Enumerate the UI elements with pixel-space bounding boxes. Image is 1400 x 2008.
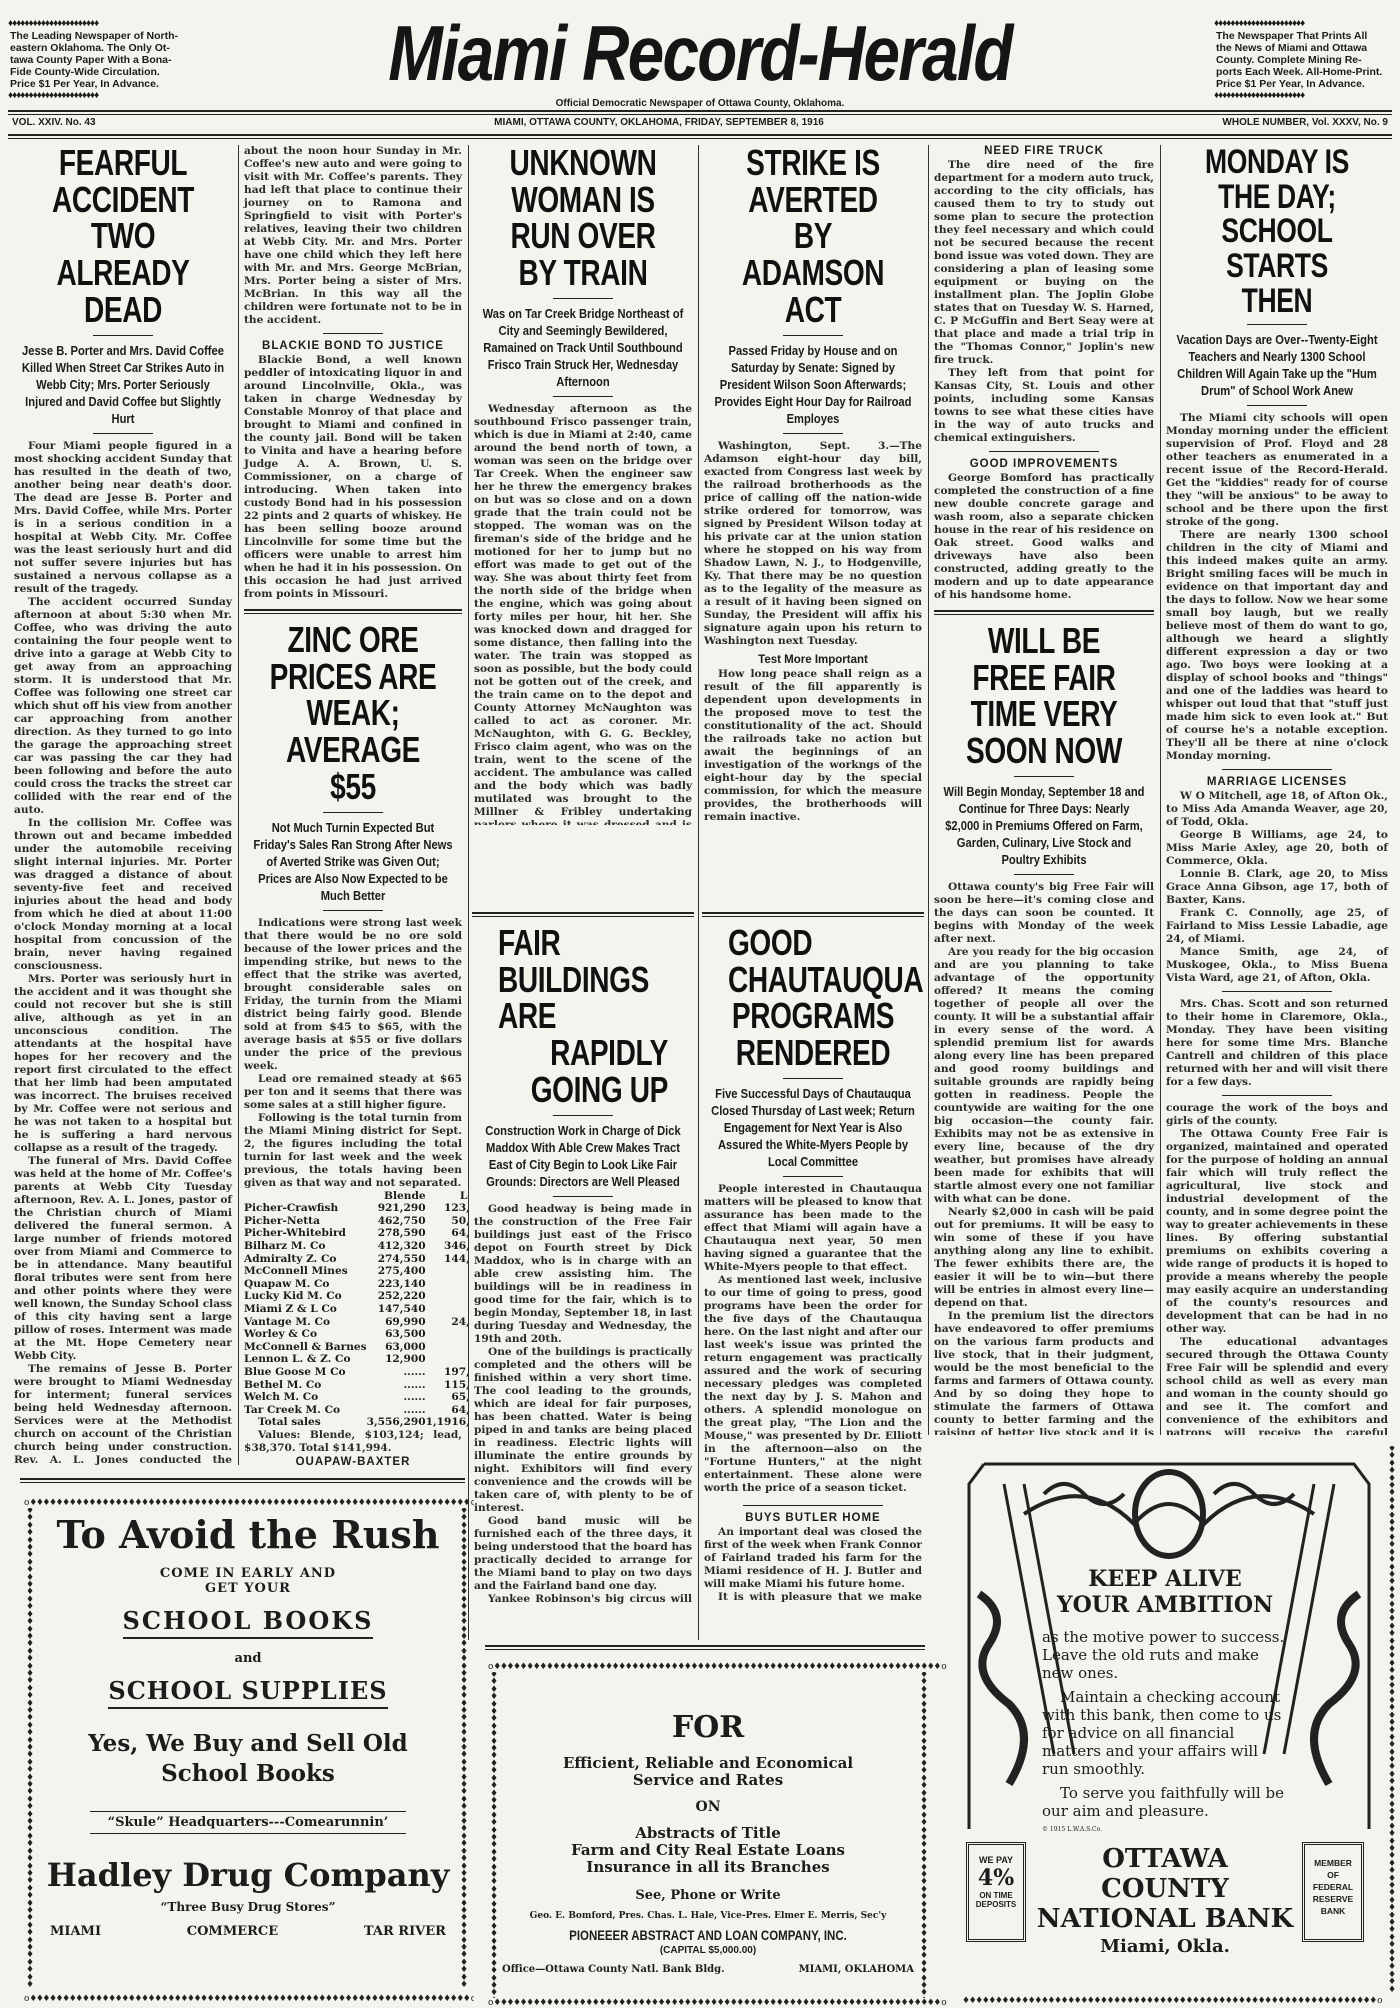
divider [743, 1505, 883, 1506]
quapaw-subhead: QUAPAW-BAXTER [244, 1456, 462, 1465]
divider [1222, 1095, 1332, 1096]
paragraph: The Ottawa County Free Fair is organized… [1166, 1128, 1388, 1336]
headline-line: PROGRAMS RENDERED [728, 998, 898, 1071]
table-row: Worley & Co63,500...... [244, 1328, 468, 1341]
divider [783, 1078, 843, 1079]
table-row: Picher-Crawfish921,290123,760 [244, 1202, 468, 1215]
blende-value: 223,140 [367, 1278, 426, 1291]
mine-name: McConnell & Barnes [244, 1341, 367, 1354]
divider [783, 1176, 843, 1177]
divider [1014, 874, 1074, 875]
mine-name: Blue Goose M Co [244, 1366, 367, 1379]
column-2: about the noon hour Sunday in Mr. Coffee… [238, 145, 468, 1465]
table-row: Picher-Whitebird278,59064,700 [244, 1227, 468, 1240]
bank-copyright: © 1915 L.W.A.S.Co. [1042, 1826, 1288, 1833]
school-body: The Miami city schools will open Monday … [1166, 412, 1388, 763]
divider [93, 433, 153, 434]
left-ear-line: eastern Oklahoma. The Only Ot- [8, 42, 188, 54]
mine-name: Quapaw M. Co [244, 1278, 367, 1291]
fire-truck-body: The dire need of the fire department for… [934, 159, 1154, 445]
hadley-content: To Avoid the Rush COME IN EARLY AND GET … [40, 1512, 456, 1939]
paragraph: courage the work of the boys and girls o… [1166, 1102, 1388, 1128]
paragraph: The educational advantages secured throu… [1166, 1336, 1388, 1435]
table-row: Lennon L. & Z. Co12,900...... [244, 1353, 468, 1366]
divider [1247, 324, 1307, 325]
ornament-row: ♦♦♦♦♦♦♦♦♦♦♦♦♦♦♦♦♦♦♦♦♦♦ [8, 18, 188, 30]
lead-value: 64,700 [426, 1227, 468, 1240]
mine-name: Bilharz M. Co [244, 1240, 367, 1253]
headline-line: RUN OVER BY TRAIN [498, 218, 668, 291]
ad-border-top: o ♦♦♦♦♦♦♦♦♦♦♦♦♦♦♦♦♦♦♦♦♦♦♦♦♦♦♦♦♦♦♦♦♦♦♦♦♦♦… [488, 1662, 948, 1672]
school-books-label: SCHOOL BOOKS [123, 1606, 374, 1639]
paragraph: As mentioned last week, inclusive to our… [704, 1274, 922, 1495]
hadley-drug-ad: o ♦♦♦♦♦♦♦♦♦♦♦♦♦♦♦♦♦♦♦♦♦♦♦♦♦♦♦♦♦♦♦♦♦♦♦♦♦♦… [24, 1498, 474, 2004]
table-row: McConnell Mines275,400...... [244, 1265, 468, 1278]
right-ear-line: the News of Miami and Ottawa [1214, 42, 1394, 54]
table-row: Bilharz M. Co412,320346,130 [244, 1240, 468, 1253]
member-label: FEDERAL [1305, 1881, 1361, 1893]
ad-border-right: ♦♦♦♦♦♦♦♦♦♦♦♦♦♦♦♦♦♦♦♦♦♦♦♦♦♦♦♦♦♦♦♦♦♦♦♦♦♦♦♦… [1388, 1446, 1396, 2006]
divider [1222, 769, 1332, 770]
lead-value: ...... [426, 1353, 468, 1366]
newspaper-title: Miami Record-Herald [280, 8, 1120, 98]
mine-name: Admiralty Z. Co [244, 1253, 367, 1266]
divider [93, 335, 153, 336]
masthead-rule [8, 134, 1392, 139]
skule-slogan: “Skule” Headquarters---Comearunnin’ [90, 1811, 406, 1834]
total-blende: 3,556,290 [367, 1416, 426, 1429]
mine-name: Picher-Netta [244, 1215, 367, 1228]
section-rule [472, 912, 694, 917]
paragraph: Washington, Sept. 3.—The Adamson eight-h… [704, 440, 922, 648]
lead-value: 50,600 [426, 1215, 468, 1228]
member-label: BANK [1305, 1905, 1361, 1917]
blende-value: 462,750 [367, 1215, 426, 1228]
improvements-body: George Bomford has practically completed… [934, 472, 1154, 602]
fire-truck-subhead: NEED FIRE TRUCK [934, 145, 1154, 157]
right-ear-line: Price $1 Per Year, In Advance. [1214, 78, 1394, 90]
headline-line: MONDAY IS THE DAY; [1190, 145, 1363, 214]
headline-line: SCHOOL STARTS THEN [1190, 214, 1363, 318]
office-label: Office—Ottawa County Natl. Bank Bldg. [502, 1964, 725, 1975]
member-label: RESERVE [1305, 1893, 1361, 1905]
accident-continued: about the noon hour Sunday in Mr. Coffee… [244, 145, 462, 327]
mine-name: Vantage M. Co [244, 1316, 367, 1329]
column-4-top: STRIKE IS AVERTED BY ADAMSON ACT Passed … [698, 145, 928, 825]
mine-name: Picher-Crawfish [244, 1202, 367, 1215]
headline-line: STRIKE IS AVERTED [728, 145, 898, 218]
paragraph: Lead ore remained steady at $65 per ton … [244, 1073, 462, 1112]
pioneer-service: Farm and City Real Estate Loans [502, 1842, 914, 1859]
divider [323, 812, 383, 813]
paragraph: Mrs. Porter was seriously hurt in the ac… [14, 973, 232, 1155]
paragraph: Mrs. Chas. Scott and son returned to the… [1166, 998, 1388, 1089]
paragraph: They left from that point for Kansas Cit… [934, 367, 1154, 445]
paragraph: It is with pleasure that we make this an… [704, 1591, 922, 1605]
paragraph: The remains of Jesse B. Porter were brou… [14, 1363, 232, 1465]
column-header: Blende [367, 1190, 426, 1203]
paragraph: Blackie Bond, a well known peddler of in… [244, 354, 462, 601]
location-label: COMMERCE [187, 1924, 278, 1939]
pioneer-headline: FOR [502, 1710, 914, 1745]
lead-value: 123,760 [426, 1202, 468, 1215]
ad-border-left: ♦♦♦♦♦♦♦♦♦♦♦♦♦♦♦♦♦♦♦♦♦♦♦♦♦♦♦♦♦♦♦♦♦♦♦♦♦♦♦♦… [26, 1508, 34, 1994]
bank-headline: YOUR AMBITION [1042, 1592, 1288, 1618]
pioneer-address: Office—Ottawa County Natl. Bank Bldg. MI… [502, 1964, 914, 1975]
ad-border-left: ♦♦♦♦♦♦♦♦♦♦♦♦♦♦♦♦♦♦♦♦♦♦♦♦♦♦♦♦♦♦♦♦♦♦♦♦♦♦♦♦… [490, 1672, 498, 1998]
free-fair-headline: WILL BE FREE FAIR TIME VERY SOON NOW [958, 623, 1130, 770]
pioneer-company: PIONEEER ABSTRACT AND LOAN COMPANY, INC. [539, 1927, 877, 1943]
lead-value: 346,130 [426, 1240, 468, 1253]
paragraph: How long peace shall reign as a result o… [704, 668, 922, 824]
member-label: OF [1305, 1869, 1361, 1881]
bank-name-block: OTTAWA COUNTY NATIONAL BANK Miami, Okla. [1034, 1844, 1296, 1957]
table-row: Miami Z & L Co147,540...... [244, 1303, 468, 1316]
table-header-row: Blende Lead. [244, 1190, 468, 1203]
right-ear-line: County. Complete Mining Re- [1214, 54, 1394, 66]
left-ear-line: Price $1 Per Year, In Advance. [8, 78, 188, 90]
rate-label: DEPOSITS [969, 1900, 1023, 1909]
right-ear-line: ports Each Week. All-Home-Print. [1214, 66, 1394, 78]
section-rule [20, 1478, 465, 1483]
headline-line: BY ADAMSON ACT [728, 218, 898, 328]
blackie-body: Blackie Bond, a well known peddler of in… [244, 354, 462, 601]
fair-buildings-headline: FAIR BUILDINGS ARE RAPIDLY GOING UP [498, 925, 668, 1109]
hadley-line: COME IN EARLY AND [40, 1566, 456, 1581]
headline-line: UNKNOWN WOMAN IS [498, 145, 668, 218]
interest-rate: 4% [969, 1865, 1023, 1891]
column-1: FEARFUL ACCIDENT TWO ALREADY DEAD Jesse … [8, 145, 238, 1465]
divider [553, 1196, 613, 1197]
blende-value: 252,220 [367, 1290, 426, 1303]
divider [783, 433, 843, 434]
headline-line: ZINC ORE PRICES ARE [268, 622, 438, 695]
paragraph: Ottawa county's big Free Fair will soon … [934, 881, 1154, 946]
lead-value: 197,110 [426, 1366, 468, 1379]
bank-name: OTTAWA COUNTY [1034, 1844, 1296, 1904]
blende-value: 275,400 [367, 1265, 426, 1278]
table-row: Blue Goose M Co......197,110 [244, 1366, 468, 1379]
blende-value: 412,320 [367, 1240, 426, 1253]
divider [1247, 405, 1307, 406]
mine-name: McConnell Mines [244, 1265, 367, 1278]
paragraph: Wednesday afternoon as the southbound Fr… [474, 403, 692, 825]
blende-value: ...... [367, 1404, 426, 1417]
lead-value: ...... [426, 1265, 468, 1278]
paragraph: An important deal was closed the first o… [704, 1526, 922, 1591]
table-row: Admiralty Z. Co274,550144,330 [244, 1253, 468, 1266]
paragraph: Indications were strong last week that t… [244, 917, 462, 1073]
improvements-subhead: GOOD IMPROVEMENTS [934, 458, 1154, 470]
chautauqua-body: People interested in Chautauqua matters … [704, 1183, 922, 1495]
paragraph: Yankee Robinson's big circus will put in… [474, 1593, 692, 1605]
paragraph: Good headway is being made in the constr… [474, 1203, 692, 1346]
ottawa-bank-ad: ♦♦♦♦♦♦♦♦♦♦♦♦♦♦♦♦♦♦♦♦♦♦♦♦♦♦♦♦♦♦♦♦♦♦♦♦♦♦♦♦… [962, 1446, 1398, 2006]
strike-deck: Passed Friday by House and on Saturday b… [711, 342, 916, 427]
bank-city: Miami, Okla. [1034, 1936, 1296, 1957]
list-item: Frank C. Connolly, age 25, of Fairland t… [1166, 907, 1388, 946]
paragraph: The Miami city schools will open Monday … [1166, 412, 1388, 529]
lead-value: ...... [426, 1290, 468, 1303]
mine-name: Miami Z & L Co [244, 1303, 367, 1316]
section-rule [244, 609, 462, 614]
lead-value: 64,000 [426, 1404, 468, 1417]
strike-body: Washington, Sept. 3.—The Adamson eight-h… [704, 440, 922, 648]
pioneer-officers: Geo. E. Bomford, Pres. Chas. L. Hale, Vi… [502, 1911, 914, 1921]
table-row: McConnell & Barnes63,000...... [244, 1341, 468, 1354]
accident-deck: Jesse B. Porter and Mrs. David Coffee Ki… [21, 342, 226, 427]
zinc-deck: Not Much Turnin Expected But Friday's Sa… [251, 819, 456, 904]
pioneer-line: Service and Rates [502, 1772, 914, 1789]
list-item: Mance Smith, age 24, of Muskogee, Okla.,… [1166, 946, 1388, 985]
pioneer-capital: (CAPITAL $5,000.00) [502, 1945, 914, 1956]
zinc-values: Values: Blende, $103,124; lead, $38,370.… [244, 1429, 462, 1455]
bank-headline: KEEP ALIVE [1042, 1566, 1288, 1592]
total-row: Total sales 3,556,290 1,1916,160 [244, 1416, 468, 1429]
lead-value: ...... [426, 1303, 468, 1316]
column-6: MONDAY IS THE DAY; SCHOOL STARTS THEN Va… [1160, 145, 1394, 1435]
right-ear-box: ♦♦♦♦♦♦♦♦♦♦♦♦♦♦♦♦♦♦♦♦♦♦ The Newspaper Tha… [1214, 18, 1394, 102]
paragraph: There are nearly 1300 school children in… [1166, 529, 1388, 763]
hadley-and: and [40, 1651, 456, 1666]
hadley-subtitle: “Three Busy Drug Stores” [40, 1900, 456, 1914]
blende-value: 63,500 [367, 1328, 426, 1341]
table-row: Lucky Kid M. Co252,220...... [244, 1290, 468, 1303]
divider [553, 1115, 613, 1116]
blende-value: ...... [367, 1379, 426, 1392]
blende-value: 147,540 [367, 1303, 426, 1316]
divider [553, 396, 613, 397]
paragraph: The dire need of the fire department for… [934, 159, 1154, 367]
divider [323, 333, 383, 334]
member-label: MEMBER [1305, 1857, 1361, 1869]
blende-value: 63,000 [367, 1341, 426, 1354]
headline-line: GOOD CHAUTAUQUA [728, 925, 898, 998]
masthead-rule [8, 110, 1392, 115]
mine-name: Bethel M. Co [244, 1379, 367, 1392]
whole-number: WHOLE NUMBER, Vol. XXXV, No. 9 [1222, 117, 1388, 128]
mine-name: Welch M. Co [244, 1391, 367, 1404]
pioneer-service: Insurance in all its Branches [502, 1859, 914, 1876]
blende-value: 274,550 [367, 1253, 426, 1266]
paragraph: Four Miami people figured in a most shoc… [14, 440, 232, 596]
buy-sell-line: Yes, We Buy and Sell Old School Books [54, 1729, 442, 1789]
column-5: NEED FIRE TRUCK The dire need of the fir… [928, 145, 1160, 1435]
ad-border-right: ♦♦♦♦♦♦♦♦♦♦♦♦♦♦♦♦♦♦♦♦♦♦♦♦♦♦♦♦♦♦♦♦♦♦♦♦♦♦♦♦… [920, 1672, 928, 1998]
free-fair-body: Ottawa county's big Free Fair will soon … [934, 881, 1154, 1435]
table-row: Tar Creek M. Co......64,000 [244, 1404, 468, 1417]
lead-value: 65,690 [426, 1391, 468, 1404]
accident-headline: FEARFUL ACCIDENT TWO ALREADY DEAD [38, 145, 208, 329]
paragraph: In the collision Mr. Coffee was thrown o… [14, 817, 232, 973]
left-ear-line: tawa County Paper With a Bona- [8, 54, 188, 66]
paragraph: about the noon hour Sunday in Mr. Coffee… [244, 145, 462, 327]
total-label: Total sales [244, 1416, 367, 1429]
lead-value: 144,330 [426, 1253, 468, 1266]
school-supplies-label: SCHOOL SUPPLIES [108, 1676, 387, 1709]
blende-value: 921,290 [367, 1202, 426, 1215]
paragraph: People interested in Chautauqua matters … [704, 1183, 922, 1274]
marriage-list: W O Mitchell, age 18, of Afton Ok., to M… [1166, 790, 1388, 985]
pioneer-contact: See, Phone or Write [502, 1888, 914, 1903]
headline-line: RAPIDLY GOING UP [498, 1035, 668, 1108]
bank-para: as the motive power to success. Leave th… [1042, 1628, 1288, 1682]
scott-item: Mrs. Chas. Scott and son returned to the… [1166, 998, 1388, 1089]
paragraph: George Bomford has practically completed… [934, 472, 1154, 602]
section-rule [485, 1645, 925, 1650]
section-rule [702, 912, 924, 917]
blackie-subhead: BLACKIE BOND TO JUSTICE [244, 340, 462, 352]
headline-line: WEAK; AVERAGE $55 [268, 695, 438, 805]
mine-name: Lennon L. & Z. Co [244, 1353, 367, 1366]
marriage-subhead: MARRIAGE LICENSES [1166, 776, 1388, 788]
table-row: Quapaw M. Co223,140...... [244, 1278, 468, 1291]
right-ear-line: The Newspaper That Prints All [1214, 30, 1394, 42]
hadley-company: Hadley Drug Company [40, 1856, 456, 1894]
divider [1014, 776, 1074, 777]
rate-label: WE PAY [969, 1855, 1023, 1865]
bank-para: To serve you faithfully will be our aim … [1042, 1784, 1288, 1820]
paragraph: The accident occurred Sunday afternoon a… [14, 596, 232, 817]
ad-border-bottom: o ♦♦♦♦♦♦♦♦♦♦♦♦♦♦♦♦♦♦♦♦♦♦♦♦♦♦♦♦♦♦♦♦♦♦♦♦♦♦… [24, 1994, 474, 2004]
list-item: Lonnie B. Clark, age 20, to Miss Grace A… [1166, 868, 1388, 907]
column-header: Lead. [426, 1190, 468, 1203]
accident-body: Four Miami people figured in a most shoc… [14, 440, 232, 1465]
city-label: MIAMI, OKLAHOMA [799, 1964, 914, 1975]
butler-subhead: BUYS BUTLER HOME [704, 1512, 922, 1524]
lead-value: ...... [426, 1278, 468, 1291]
ad-border-bottom: o ♦♦♦♦♦♦♦♦♦♦♦♦♦♦♦♦♦♦♦♦♦♦♦♦♦♦♦♦♦♦♦♦♦♦♦♦♦♦… [488, 1998, 948, 2008]
divider [323, 910, 383, 911]
column-header [244, 1190, 367, 1203]
divider [783, 335, 843, 336]
headline-line: TWO ALREADY DEAD [38, 218, 208, 328]
woman-deck: Was on Tar Creek Bridge Northeast of Cit… [481, 305, 686, 390]
divider [989, 451, 1099, 452]
paragraph: Following is the total turnin from the M… [244, 1112, 462, 1190]
federal-reserve-box: MEMBER OF FEDERAL RESERVE BANK [1302, 1842, 1364, 1942]
divider [553, 298, 613, 299]
list-item: W O Mitchell, age 18, of Afton Ok., to M… [1166, 790, 1388, 829]
chautauqua-deck: Five Successful Days of Chautauqua Close… [711, 1085, 916, 1170]
paragraph: Good band music will be furnished each o… [474, 1515, 692, 1593]
pioneer-on: ON [502, 1799, 914, 1815]
column-3-bottom: FAIR BUILDINGS ARE RAPIDLY GOING UP Cons… [468, 925, 698, 1605]
blende-value: ...... [367, 1366, 426, 1379]
mine-name: Worley & Co [244, 1328, 367, 1341]
left-ear-line: Fide County-Wide Circulation. [8, 66, 188, 78]
butler-body: An important deal was closed the first o… [704, 1526, 922, 1605]
total-lead: 1,1916,160 [426, 1416, 468, 1429]
column-3-top: UNKNOWN WOMAN IS RUN OVER BY TRAIN Was o… [468, 145, 698, 825]
pioneer-content: FOR Efficient, Reliable and Economical S… [502, 1710, 914, 1975]
bank-content: KEEP ALIVE YOUR AMBITION as the motive p… [1042, 1566, 1288, 1833]
pioneer-line: Efficient, Reliable and Economical [502, 1755, 914, 1772]
hadley-headline: To Avoid the Rush [40, 1512, 456, 1558]
newspaper-page: ♦♦♦♦♦♦♦♦♦♦♦♦♦♦♦♦♦♦♦♦♦♦ The Leading Newsp… [0, 0, 1400, 2008]
free-fair-deck: Will Begin Monday, September 18 and Cont… [941, 783, 1147, 868]
paragraph: The employes' leaders, however, declare … [704, 824, 922, 825]
divider [1222, 991, 1332, 992]
table-row: Bethel M. Co......115,000 [244, 1379, 468, 1392]
location-label: TAR RIVER [364, 1924, 446, 1939]
section-rule [934, 610, 1154, 615]
blende-value: 69,990 [367, 1316, 426, 1329]
left-ear-line: The Leading Newspaper of North- [8, 30, 188, 42]
zinc-headline: ZINC ORE PRICES ARE WEAK; AVERAGE $55 [268, 622, 438, 806]
mine-name: Picher-Whitebird [244, 1227, 367, 1240]
hadley-locations: MIAMI COMMERCE TAR RIVER [40, 1924, 456, 1939]
woman-headline: UNKNOWN WOMAN IS RUN OVER BY TRAIN [498, 145, 668, 292]
paragraph: Nearly $2,000 in cash will be paid out f… [934, 1206, 1154, 1310]
blende-value: ...... [367, 1391, 426, 1404]
blende-value: 12,900 [367, 1353, 426, 1366]
mine-name: Lucky Kid M. Co [244, 1290, 367, 1303]
ad-border-bottom: ♦♦♦♦♦♦♦♦♦♦♦♦♦♦♦♦♦♦♦♦♦♦♦♦♦♦♦♦♦♦♦♦♦♦♦♦♦♦♦♦… [962, 1996, 1398, 2006]
lead-value: 115,000 [426, 1379, 468, 1392]
list-item: George B Williams, age 24, to Miss Marie… [1166, 829, 1388, 868]
ore-turnin-table: Blende Lead. Picher-Crawfish921,290123,7… [244, 1190, 468, 1429]
chautauqua-headline: GOOD CHAUTAUQUA PROGRAMS RENDERED [728, 925, 898, 1072]
pioneer-abstract-ad: o ♦♦♦♦♦♦♦♦♦♦♦♦♦♦♦♦♦♦♦♦♦♦♦♦♦♦♦♦♦♦♦♦♦♦♦♦♦♦… [488, 1662, 948, 2008]
lead-value: ...... [426, 1328, 468, 1341]
volume-number: VOL. XXIV. No. 43 [12, 117, 96, 128]
table-row: Picher-Netta462,75050,600 [244, 1215, 468, 1228]
school-deck: Vacation Days are Over--Twenty-Eight Tea… [1173, 331, 1381, 399]
interest-rate-box: WE PAY 4% ON TIME DEPOSITS [966, 1842, 1026, 1942]
fair-buildings-body: Good headway is being made in the constr… [474, 1203, 692, 1605]
location-label: MIAMI [50, 1924, 101, 1939]
table-row: Welch M. Co......65,690 [244, 1391, 468, 1404]
bank-para: Maintain a checking account with this ba… [1042, 1688, 1288, 1778]
school-headline: MONDAY IS THE DAY; SCHOOL STARTS THEN [1190, 145, 1363, 318]
rate-label: ON TIME [969, 1891, 1023, 1900]
strike-body-2: How long peace shall reign as a result o… [704, 668, 922, 825]
paragraph: One of the buildings is practically comp… [474, 1346, 692, 1515]
date-location: MIAMI, OTTAWA COUNTY, OKLAHOMA, FRIDAY, … [494, 117, 824, 128]
woman-body: Wednesday afternoon as the southbound Fr… [474, 403, 692, 825]
lead-value: ...... [426, 1341, 468, 1354]
paragraph: The funeral of Mrs. David Coffee was hel… [14, 1155, 232, 1363]
pioneer-service: Abstracts of Title [502, 1825, 914, 1842]
left-ear-box: ♦♦♦♦♦♦♦♦♦♦♦♦♦♦♦♦♦♦♦♦♦♦ The Leading Newsp… [8, 18, 188, 102]
headline-line: FEARFUL ACCIDENT [38, 145, 208, 218]
paragraph: Are you ready for the big occasion and a… [934, 946, 1154, 1206]
ad-border-right: ♦♦♦♦♦♦♦♦♦♦♦♦♦♦♦♦♦♦♦♦♦♦♦♦♦♦♦♦♦♦♦♦♦♦♦♦♦♦♦♦… [460, 1508, 468, 1994]
bank-name: NATIONAL BANK [1034, 1904, 1296, 1934]
mine-name: Tar Creek M. Co [244, 1404, 367, 1417]
hadley-line: GET YOUR [40, 1581, 456, 1596]
column-4-bottom: GOOD CHAUTAUQUA PROGRAMS RENDERED Five S… [698, 925, 928, 1605]
fair-continued: courage the work of the boys and girls o… [1166, 1102, 1388, 1435]
headline-line: WILL BE FREE FAIR [958, 623, 1130, 696]
paragraph: In the premium list the directors have e… [934, 1310, 1154, 1435]
blende-value: 278,590 [367, 1227, 426, 1240]
ornament-row: ♦♦♦♦♦♦♦♦♦♦♦♦♦♦♦♦♦♦♦♦♦♦ [1214, 18, 1394, 30]
table-row: Vantage M. Co69,99024,940 [244, 1316, 468, 1329]
dateline-bar: VOL. XXIV. No. 43 MIAMI, OTTAWA COUNTY, … [12, 117, 1388, 128]
headline-line: FAIR BUILDINGS ARE [498, 925, 668, 1035]
paragraph: Values: Blende, $103,124; lead, $38,370.… [244, 1429, 462, 1455]
fair-buildings-deck: Construction Work in Charge of Dick Madd… [481, 1122, 686, 1190]
strike-headline: STRIKE IS AVERTED BY ADAMSON ACT [728, 145, 898, 329]
tagline: Official Democratic Newspaper of Ottawa … [0, 98, 1400, 109]
strike-subhead: Test More Important [704, 654, 922, 666]
zinc-body: Indications were strong last week that t… [244, 917, 462, 1190]
ad-border-top: o ♦♦♦♦♦♦♦♦♦♦♦♦♦♦♦♦♦♦♦♦♦♦♦♦♦♦♦♦♦♦♦♦♦♦♦♦♦♦… [24, 1498, 474, 1508]
lead-value: 24,940 [426, 1316, 468, 1329]
headline-line: TIME VERY SOON NOW [958, 696, 1130, 769]
